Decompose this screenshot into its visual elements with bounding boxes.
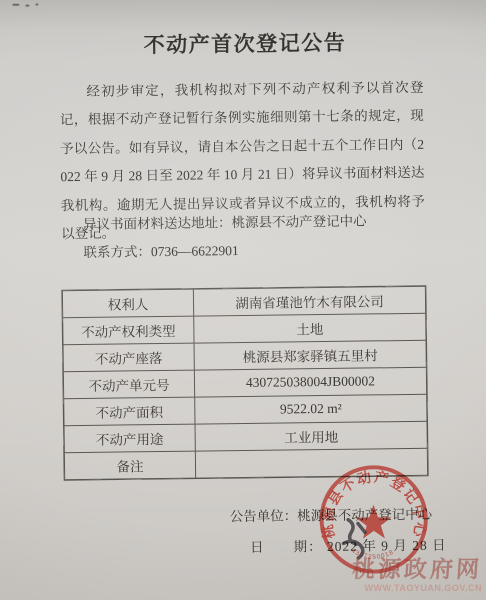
watermark-site-name: 桃源政府网 xyxy=(329,558,483,581)
document-paper: 不动产首次登记公告 经初步审定，我机构拟对下列不动产权利予以首次登记，根据不动产… xyxy=(0,0,486,600)
page-title: 不动产首次登记公告 xyxy=(59,26,431,61)
row-value: 湖南省瑾池竹木有限公司 xyxy=(193,286,425,316)
row-value: 9522.02 m² xyxy=(195,394,427,424)
site-watermark: 桃源政府网 WWW.TAOYUAN.GOV.CN xyxy=(330,558,482,593)
row-label: 备注 xyxy=(64,451,195,480)
row-value: 桃源县郑家驿镇五里村 xyxy=(194,340,426,370)
watermark-site-url: WWW.TAOYUAN.GOV.CN xyxy=(330,584,482,593)
row-value: 土地 xyxy=(194,313,426,343)
seal-star-icon xyxy=(356,504,392,538)
row-value: 430725038004JB00002 xyxy=(194,367,426,397)
registration-table: 权利人 湖南省瑾池竹木有限公司 不动产权利类型 土地 不动产座落 桃源县郑家驿镇… xyxy=(62,286,428,480)
paper-speck xyxy=(12,4,19,6)
row-label: 不动产座落 xyxy=(63,343,194,372)
paper-speck xyxy=(25,5,29,7)
row-label: 不动产用途 xyxy=(64,424,195,453)
delivery-address-line: 异议书面材料送达地址：桃源县不动产登记中心 xyxy=(83,209,367,232)
row-value: 工业用地 xyxy=(195,421,427,451)
paper-speck xyxy=(35,3,38,5)
row-label: 不动产面积 xyxy=(64,397,195,426)
row-label: 不动产权利类型 xyxy=(63,316,194,345)
contact-phone-line: 联系方式：0736—6622901 xyxy=(83,239,238,261)
row-label: 不动产单元号 xyxy=(63,370,194,399)
row-label: 权利人 xyxy=(62,289,193,318)
